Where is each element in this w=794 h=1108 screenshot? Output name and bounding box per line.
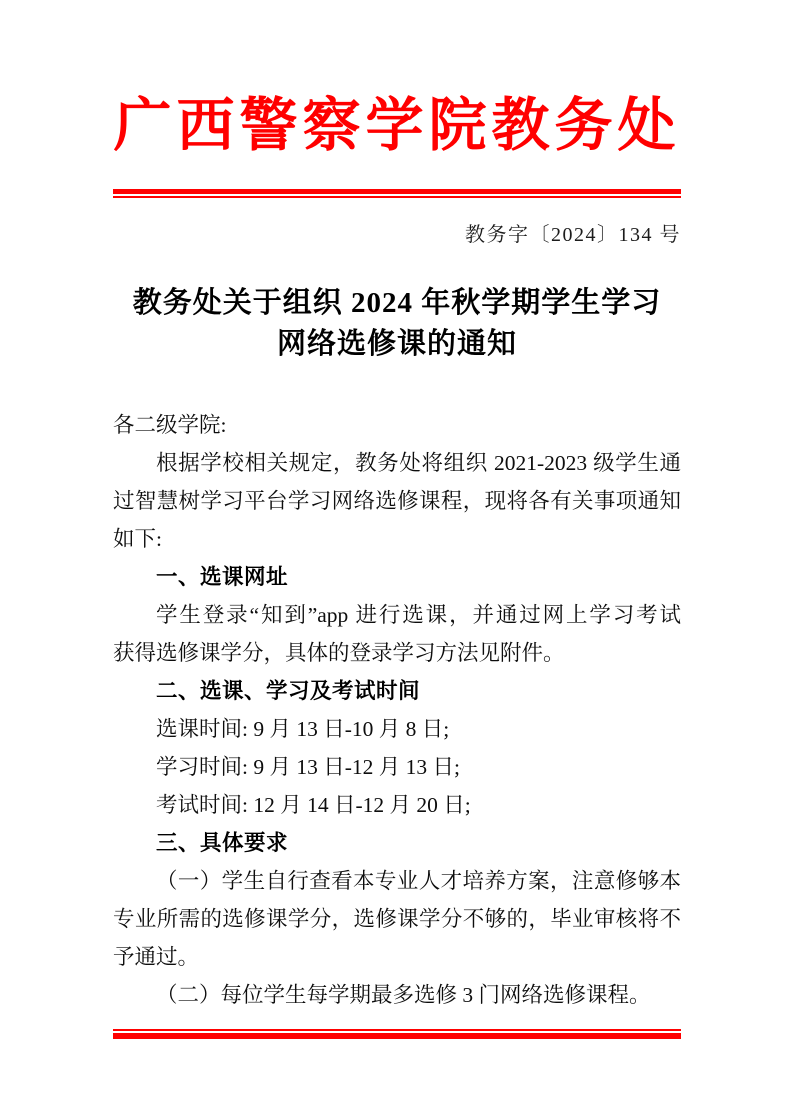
intro-line-2: 过智慧树学习平台学习网络选修课程，现将各有关事项通知 (113, 482, 681, 520)
intro-line-3: 如下: (113, 520, 681, 558)
course-selection-time: 选课时间: 9 月 13 日-10 月 8 日; (113, 710, 681, 748)
footer-rule-thick-bar (113, 1033, 681, 1039)
salutation: 各二级学院: (113, 406, 681, 444)
section-1-line-2: 获得选修课学分，具体的登录学习方法见附件。 (113, 634, 681, 672)
notice-title-line-1: 教务处关于组织 2024 年秋学期学生学习 (113, 283, 681, 324)
document-body: 各二级学院: 根据学校相关规定，教务处将组织 2021-2023 级学生通 过智… (113, 406, 681, 1014)
footer-rule-thin-bar (113, 1029, 681, 1031)
footer-double-rule (113, 1029, 681, 1039)
requirement-2: （二）每位学生每学期最多选修 3 门网络选修课程。 (113, 976, 681, 1014)
notice-title-line-2: 网络选修课的通知 (113, 324, 681, 365)
section-1-heading: 一、选课网址 (113, 558, 681, 596)
letterhead-title: 广西警察学院教务处 (113, 88, 681, 164)
intro-line-1: 根据学校相关规定，教务处将组织 2021-2023 级学生通 (113, 444, 681, 482)
header-double-rule (113, 189, 681, 198)
requirement-1-line-1: （一）学生自行查看本专业人才培养方案，注意修够本 (113, 862, 681, 900)
doc-number: 教务字〔2024〕134 号 (113, 218, 681, 247)
header-rule-thick-bar (113, 189, 681, 194)
requirement-1-line-3: 予通过。 (113, 938, 681, 976)
section-1-line-1: 学生登录“知到”app 进行选课，并通过网上学习考试 (113, 596, 681, 634)
header-rule-thin-bar (113, 196, 681, 198)
notice-title: 教务处关于组织 2024 年秋学期学生学习 网络选修课的通知 (113, 283, 681, 365)
section-2-heading: 二、选课、学习及考试时间 (113, 672, 681, 710)
study-time: 学习时间: 9 月 13 日-12 月 13 日; (113, 748, 681, 786)
exam-time: 考试时间: 12 月 14 日-12 月 20 日; (113, 786, 681, 824)
requirement-1-line-2: 专业所需的选修课学分，选修课学分不够的，毕业审核将不 (113, 900, 681, 938)
section-3-heading: 三、具体要求 (113, 824, 681, 862)
document-page: 广西警察学院教务处 教务字〔2024〕134 号 教务处关于组织 2024 年秋… (0, 0, 794, 1108)
